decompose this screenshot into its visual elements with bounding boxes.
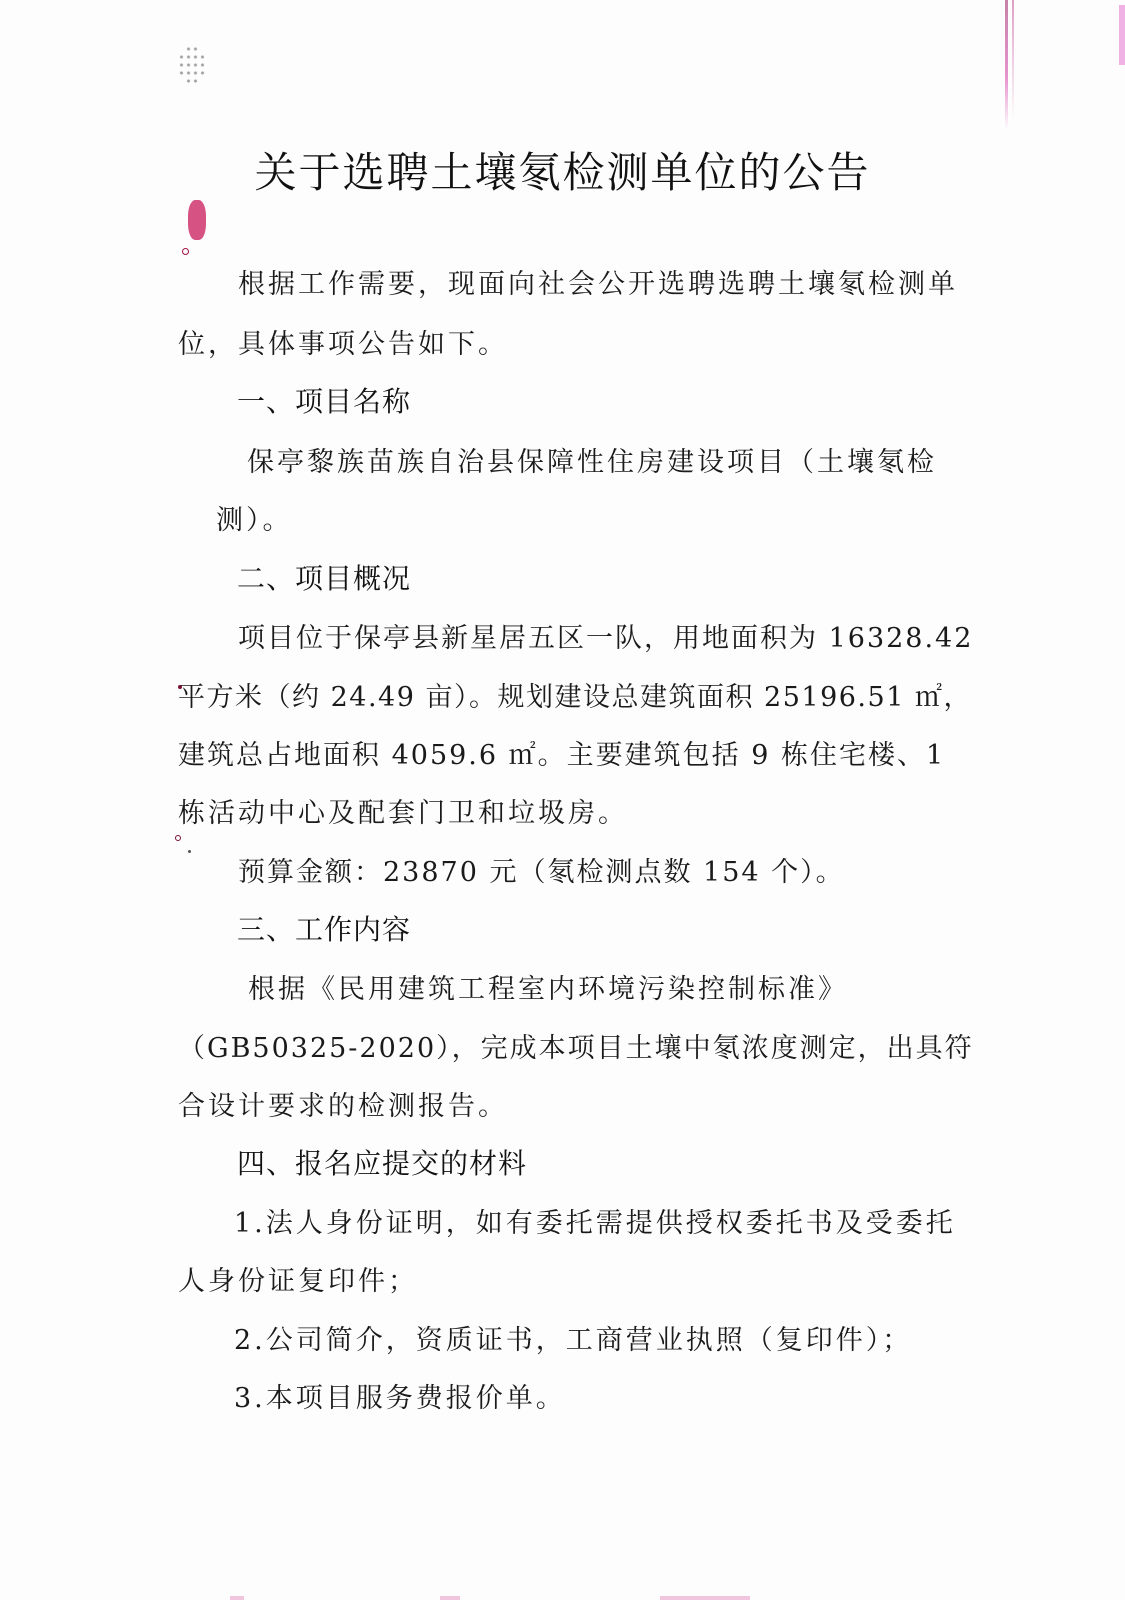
scan-speck (188, 850, 191, 853)
paragraph-line: 建筑总占地面积 4059.6 ㎡。主要建筑包括 9 栋住宅楼、1 (178, 733, 945, 772)
document-title: 关于选聘土壤氡检测单位的公告 (0, 140, 1125, 200)
intro-line: 根据工作需要，现面向社会公开选聘选聘土壤氡检测单 (238, 262, 958, 301)
paragraph-line: 平方米（约 24.49 亩）。规划建设总建筑面积 25196.51 ㎡， (178, 675, 972, 714)
scan-speck (175, 835, 181, 841)
bottom-edge-mark (230, 1596, 244, 1600)
stamp-residue-dot (182, 248, 189, 255)
list-item: 1.法人身份证明，如有委托需提供授权委托书及受委托 (234, 1201, 956, 1240)
bottom-edge-mark (660, 1596, 750, 1600)
list-item-continuation: 人身份证复印件； (178, 1259, 418, 1298)
list-item: 2.公司简介，资质证书，工商营业执照（复印件）； (234, 1318, 912, 1357)
paragraph-line: 测）。 (216, 498, 293, 537)
budget-line: 预算金额：23870 元（氡检测点数 154 个）。 (238, 850, 845, 889)
stamp-residue (188, 200, 206, 240)
scan-speck-cluster (178, 45, 206, 85)
list-item: 3.本项目服务费报价单。 (234, 1376, 566, 1415)
paragraph-line: 合设计要求的检测报告。 (178, 1084, 508, 1123)
section-heading-project-name: 一、项目名称 (237, 380, 411, 420)
binding-streak (1012, 0, 1014, 120)
binding-streak (1119, 5, 1125, 65)
binding-streak (1005, 0, 1008, 130)
section-heading-work-content: 三、工作内容 (237, 908, 411, 948)
paragraph-line: 项目位于保亭县新星居五区一队，用地面积为 16328.42 (238, 616, 973, 655)
paragraph-line: 保亭黎族苗族自治县保障性住房建设项目（土壤氡检 (247, 440, 937, 479)
bottom-edge-mark (440, 1596, 460, 1600)
paragraph-line: 栋活动中心及配套门卫和垃圾房。 (178, 791, 628, 830)
scanned-page: 关于选聘土壤氡检测单位的公告 根据工作需要，现面向社会公开选聘选聘土壤氡检测单 … (0, 0, 1125, 1600)
paragraph-line: 根据《民用建筑工程室内环境污染控制标准》 (248, 967, 848, 1006)
section-heading-project-overview: 二、项目概况 (237, 557, 411, 597)
paragraph-line: （GB50325-2020），完成本项目土壤中氡浓度测定，出具符 (178, 1026, 974, 1065)
section-heading-materials: 四、报名应提交的材料 (237, 1142, 527, 1182)
intro-line: 位，具体事项公告如下。 (178, 322, 508, 361)
